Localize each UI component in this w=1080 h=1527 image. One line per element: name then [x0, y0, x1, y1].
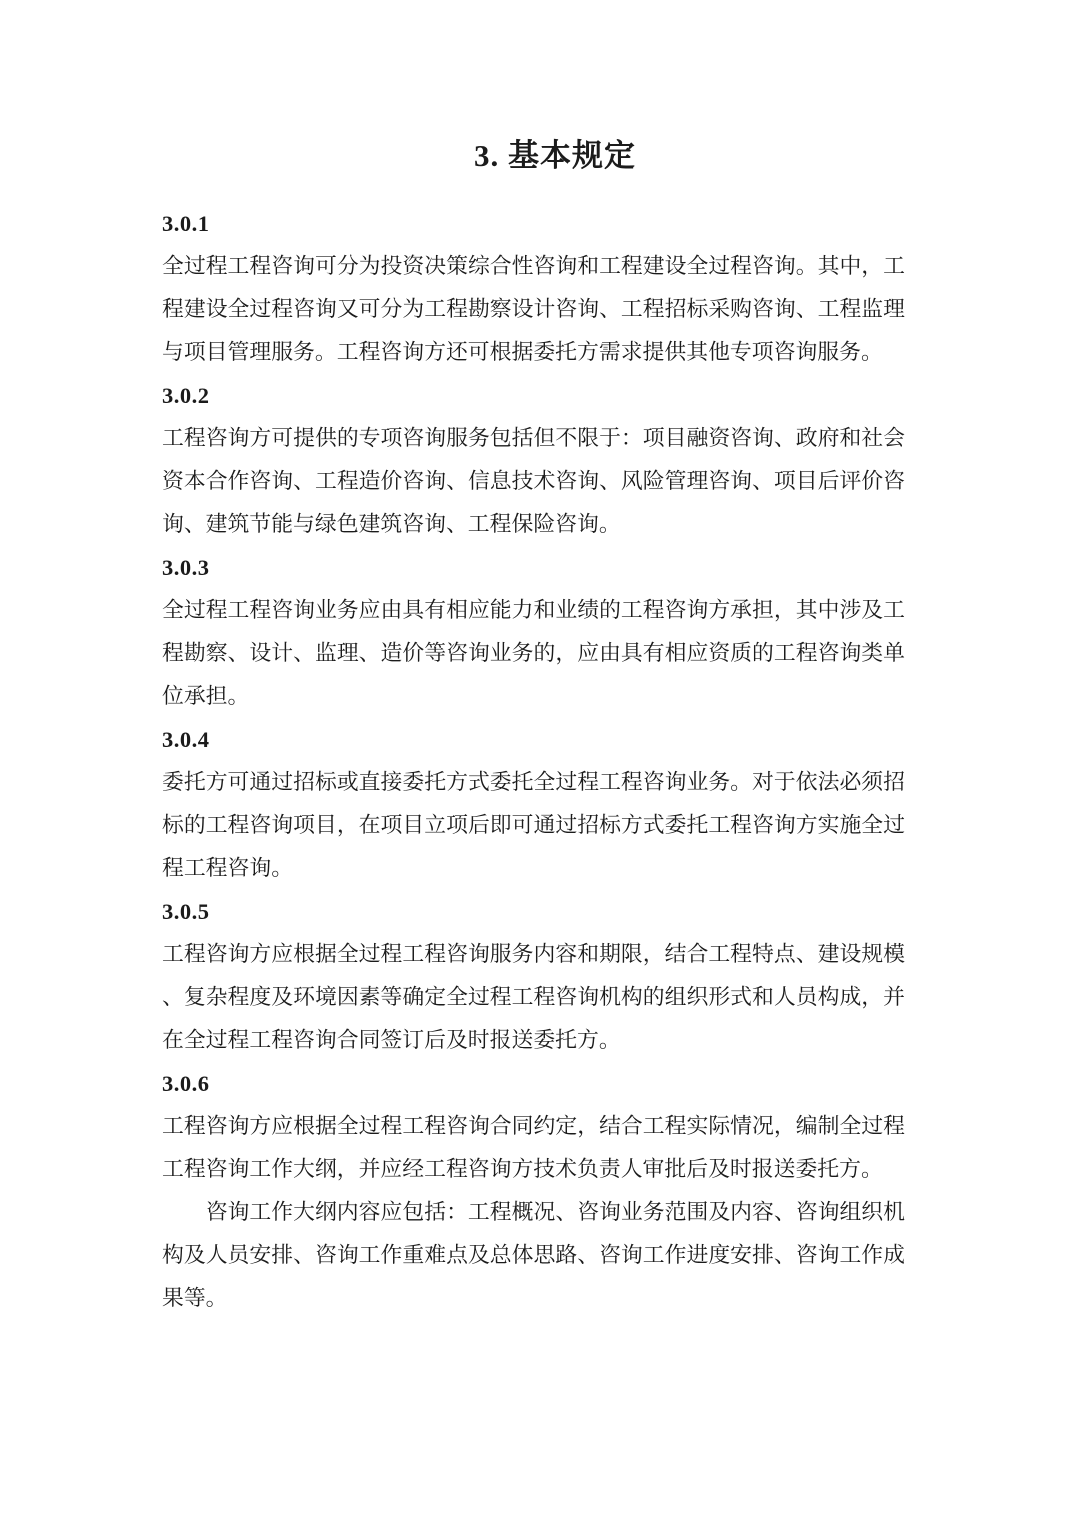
paragraph-line: 程勘察、设计、监理、造价等咨询业务的，应由具有相应资质的工程咨询类单 [162, 632, 905, 675]
section-number: 3.0.1 [162, 202, 905, 245]
paragraph-line: 工程咨询方应根据全过程工程咨询服务内容和期限，结合工程特点、建设规模 [162, 933, 905, 976]
section-number: 3.0.4 [162, 718, 905, 761]
paragraph-line: 标的工程咨询项目，在项目立项后即可通过招标方式委托工程咨询方实施全过 [162, 804, 905, 847]
paragraph-line: 工程咨询方可提供的专项咨询服务包括但不限于：项目融资咨询、政府和社会 [162, 417, 905, 460]
document-body: 3.0.1全过程工程咨询可分为投资决策综合性咨询和工程建设全过程咨询。其中，工程… [162, 202, 905, 1320]
paragraph-line: 构及人员安排、咨询工作重难点及总体思路、咨询工作进度安排、咨询工作成 [162, 1234, 905, 1277]
paragraph-line: 果等。 [162, 1277, 905, 1320]
paragraph-line: 与项目管理服务。工程咨询方还可根据委托方需求提供其他专项咨询服务。 [162, 331, 905, 374]
page-title: 3. 基本规定 [15, 134, 1080, 178]
paragraph-line: 位承担。 [162, 675, 905, 718]
paragraph-line: 资本合作咨询、工程造价咨询、信息技术咨询、风险管理咨询、项目后评价咨 [162, 460, 905, 503]
paragraph-line: 程建设全过程咨询又可分为工程勘察设计咨询、工程招标采购咨询、工程监理 [162, 288, 905, 331]
paragraph-line: 在全过程工程咨询合同签订后及时报送委托方。 [162, 1019, 905, 1062]
section-number: 3.0.3 [162, 546, 905, 589]
paragraph-line: 咨询工作大纲内容应包括：工程概况、咨询业务范围及内容、咨询组织机 [162, 1191, 905, 1234]
section-number: 3.0.5 [162, 890, 905, 933]
paragraph-line: 委托方可通过招标或直接委托方式委托全过程工程咨询业务。对于依法必须招 [162, 761, 905, 804]
section-number: 3.0.2 [162, 374, 905, 417]
paragraph-line: 工程咨询工作大纲，并应经工程咨询方技术负责人审批后及时报送委托方。 [162, 1148, 905, 1191]
paragraph-line: 程工程咨询。 [162, 847, 905, 890]
paragraph-line: 询、建筑节能与绿色建筑咨询、工程保险咨询。 [162, 503, 905, 546]
paragraph-line: 工程咨询方应根据全过程工程咨询合同约定，结合工程实际情况，编制全过程 [162, 1105, 905, 1148]
paragraph-line: 全过程工程咨询业务应由具有相应能力和业绩的工程咨询方承担，其中涉及工 [162, 589, 905, 632]
paragraph-line: 、复杂程度及环境因素等确定全过程工程咨询机构的组织形式和人员构成，并 [162, 976, 905, 1019]
paragraph-line: 全过程工程咨询可分为投资决策综合性咨询和工程建设全过程咨询。其中，工 [162, 245, 905, 288]
section-number: 3.0.6 [162, 1062, 905, 1105]
document-page: 3. 基本规定 3.0.1全过程工程咨询可分为投资决策综合性咨询和工程建设全过程… [0, 0, 1080, 1527]
